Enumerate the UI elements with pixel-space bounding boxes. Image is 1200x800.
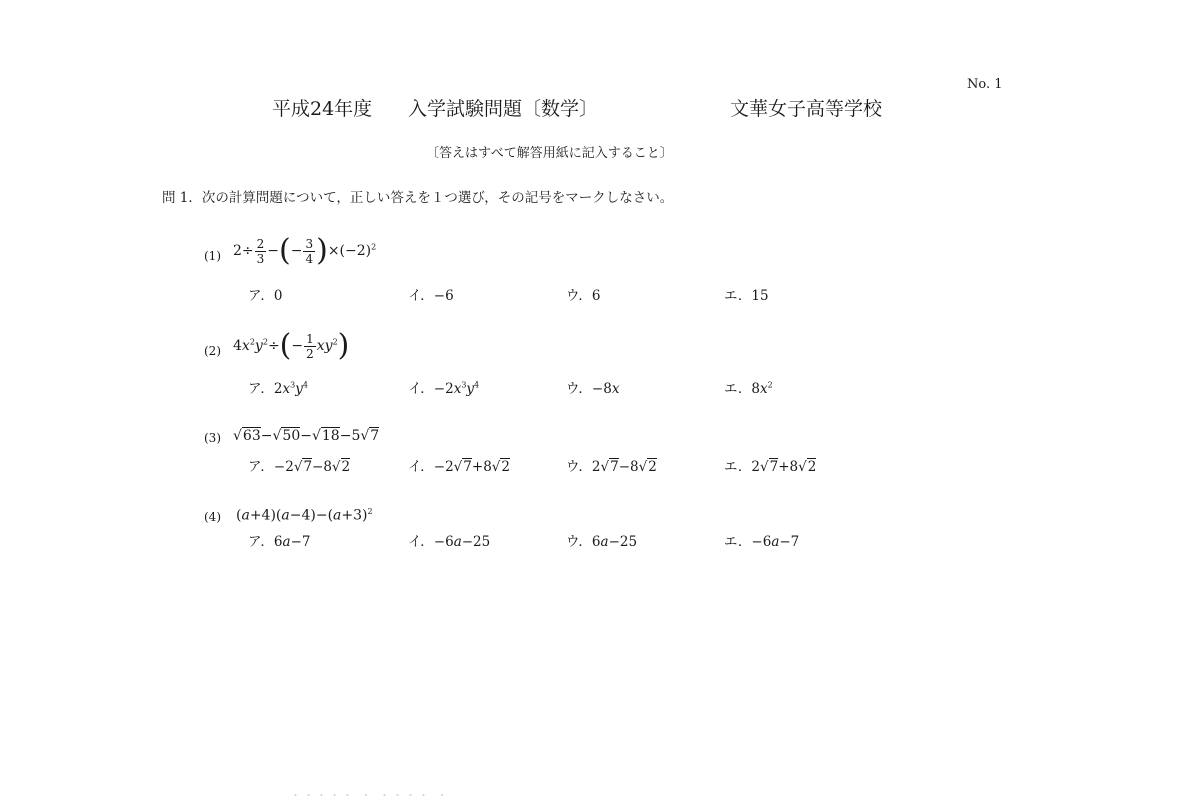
item-3-number: (3) [204,431,221,445]
item-4-option-c: ウ．6a−25 [566,530,637,550]
item-4-option-a: ア．6a−7 [248,530,310,550]
item-3-option-c: ウ．2√7−8√2 [566,455,657,475]
item-2-option-d: エ．8x2 [724,377,773,397]
item-4-expression: (a+4)(a−4)−(a+3)2 [236,507,373,524]
exam-year: 平成24年度 [272,94,372,121]
item-1-option-c: ウ．6 [566,284,601,304]
item-2-option-a: ア．2x3y4 [248,377,308,397]
item-4-option-b: イ．−6a−25 [408,530,490,550]
item-2-option-b: イ．−2x3y4 [408,377,479,397]
faint-footer-marks: ・・・・・ ・ ・・・・ ・ [290,787,450,800]
exam-title: 入学試験問題 [408,94,522,121]
item-2-expression: 4x2y2÷(−12xy2) [233,331,349,361]
question-intro: 問 1．次の計算問題について，正しい答えを１つ選び，その記号をマークしなさい。 [162,186,673,206]
item-2-option-c: ウ．−8x [566,377,619,397]
item-1-expression: 2÷23−(−34)×(−2)2 [233,236,376,266]
exam-subject: 〔数学〕 [522,94,598,121]
item-4-number: (4) [204,510,221,524]
item-3-option-b: イ．−2√7+8√2 [408,455,510,475]
item-1-option-b: イ．−6 [408,284,454,304]
item-1-number: (1) [204,249,221,263]
item-1-option-a: ア．0 [248,284,283,304]
item-3-option-d: エ．2√7+8√2 [724,455,816,475]
page-number: No. 1 [967,77,1003,92]
school-name: 文華女子高等学校 [730,94,882,121]
item-4-option-d: エ．−6a−7 [724,530,799,550]
answer-instruction: 〔答えはすべて解答用紙に記入すること〕 [426,142,673,161]
item-2-number: (2) [204,344,221,358]
item-3-option-a: ア．−2√7−8√2 [248,455,350,475]
item-1-option-d: エ．15 [724,284,769,304]
item-3-expression: √63−√50−√18−5√7 [233,428,379,444]
